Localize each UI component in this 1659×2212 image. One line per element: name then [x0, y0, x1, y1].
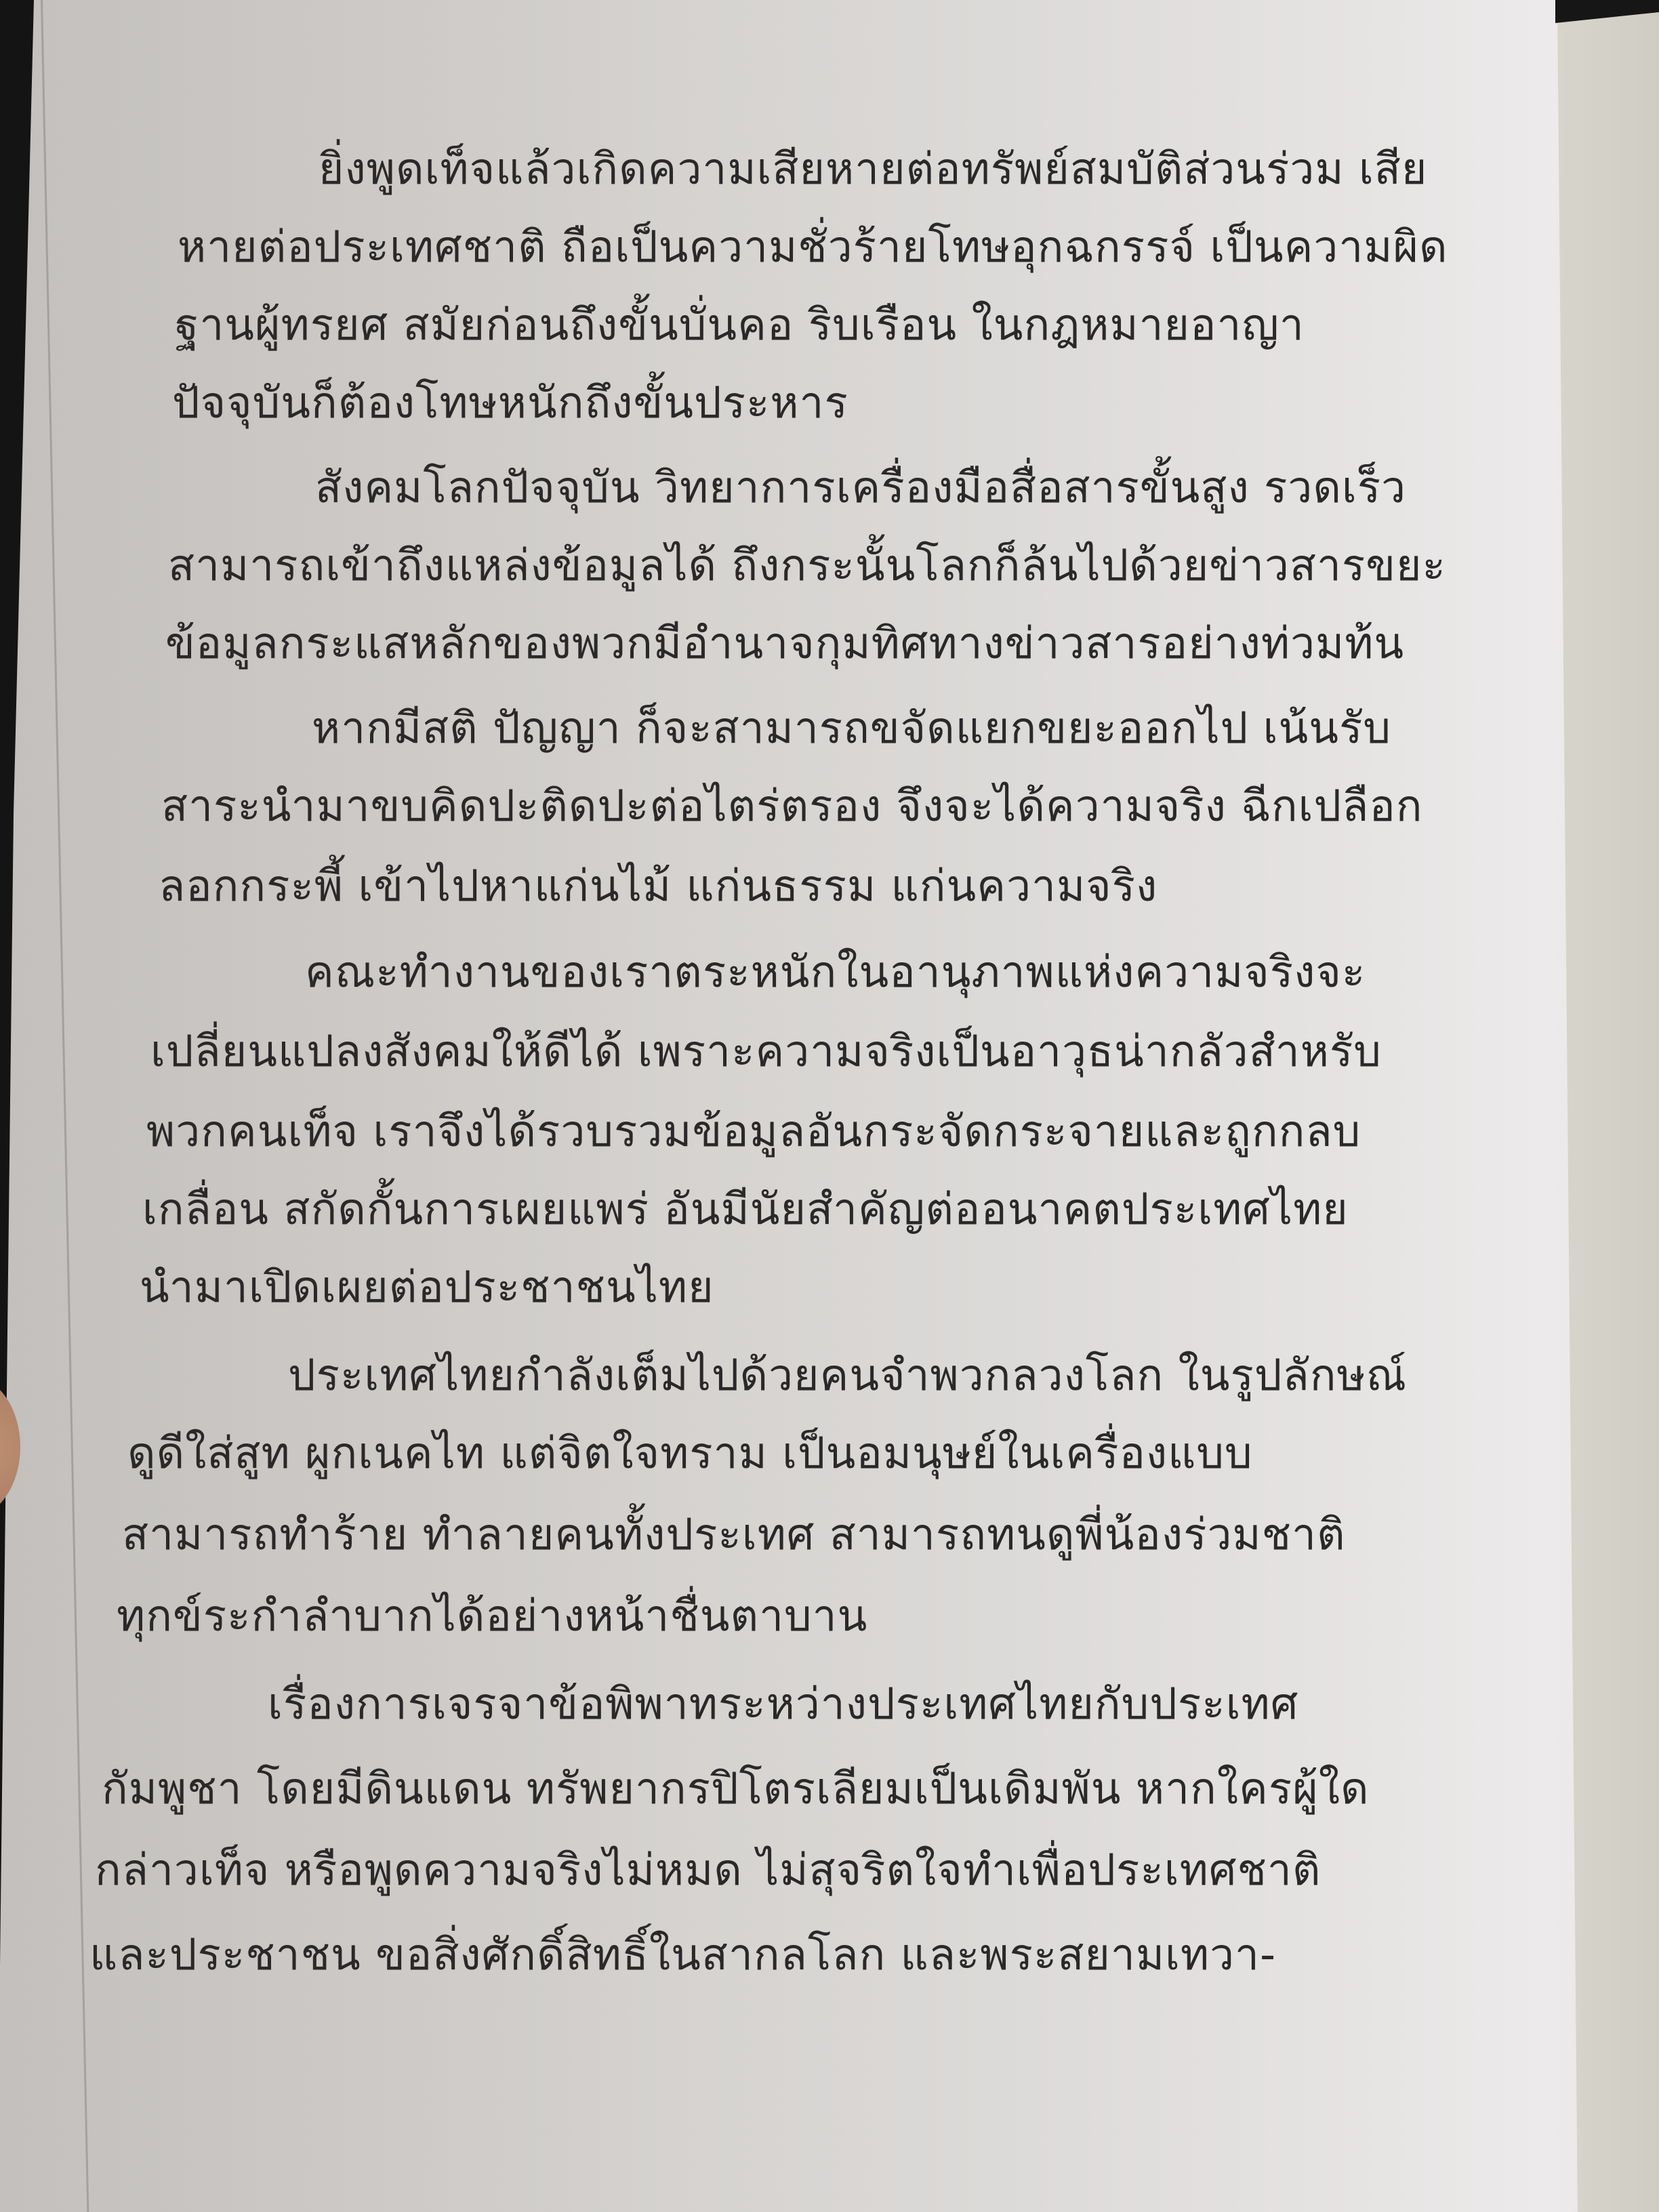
text-line: เรื่องการเจรจาข้อพิพาทระหว่างประเทศไทยกั… [268, 1677, 1298, 1732]
text-line: สาระนำมาขบคิดปะติดปะต่อไตร่ตรอง จึงจะได้… [161, 779, 1423, 834]
text-line: เกลื่อน สกัดกั้นการเผยแพร่ อันมีนัยสำคัญ… [142, 1183, 1349, 1237]
text-line: สามารถเข้าถึงแหล่งข้อมูลได้ ถึงกระนั้นโล… [168, 539, 1446, 593]
text-line: ข้อมูลกระแสหลักของพวกมีอำนาจกุมทิศทางข่า… [165, 617, 1404, 671]
page-text: ยิ่งพูดเท็จแล้วเกิดความเสียหายต่อทรัพย์ส… [0, 0, 1659, 2212]
text-line: ปัจจุบันก็ต้องโทษหนักถึงขั้นประหาร [172, 376, 848, 430]
text-line: นำมาเปิดเผยต่อประชาชนไทย [140, 1261, 714, 1315]
text-line: ดูดีใส่สูท ผูกเนคไท แต่จิตใจทราม เป็นอมน… [127, 1427, 1253, 1481]
text-line: ฐานผู้ทรยศ สมัยก่อนถึงขั้นบั่นคอ ริบเรือ… [175, 298, 1305, 352]
text-line: หากมีสติ ปัญญา ก็จะสามารถขจัดแยกขยะออกไป… [312, 701, 1391, 756]
text-line: ประเทศไทยกำลังเต็มไปด้วยคนจำพวกลวงโลก ใน… [288, 1349, 1407, 1403]
text-line: ลอกกระพี้ เข้าไปหาแก่นไม้ แก่นธรรม แก่นค… [159, 859, 1158, 914]
text-line: เปลี่ยนแปลงสังคมให้ดีได้ เพราะความจริงเป… [150, 1025, 1382, 1079]
text-line: คณะทำงานของเราตระหนักในอานุภาพแห่งความจร… [305, 945, 1366, 1000]
text-line: และประชาชน ขอสิ่งศักดิ์สิทธิ์ในสากลโลก แ… [89, 1928, 1276, 1982]
text-line: สามารถทำร้าย ทำลายคนทั้งประเทศ สามารถทนด… [122, 1508, 1346, 1562]
text-line: สังคมโลกปัจจุบัน วิทยาการเครื่องมือสื่อส… [315, 461, 1406, 515]
text-line: ยิ่งพูดเท็จแล้วเกิดความเสียหายต่อทรัพย์ส… [319, 142, 1427, 197]
text-line: ทุกข์ระกำลำบากได้อย่างหน้าชื่นตาบาน [117, 1589, 867, 1643]
text-line: พวกคนเท็จ เราจึงได้รวบรวมข้อมูลอันกระจัด… [146, 1105, 1361, 1159]
text-line: หายต่อประเทศชาติ ถือเป็นความชั่วร้ายโทษอ… [178, 220, 1448, 274]
text-line: กัมพูชา โดยมีดินแดน ทรัพยากรปิโตรเลียมเป… [102, 1762, 1370, 1816]
text-line: กล่าวเท็จ หรือพูดความจริงไม่หมด ไม่สุจริ… [95, 1843, 1321, 1898]
